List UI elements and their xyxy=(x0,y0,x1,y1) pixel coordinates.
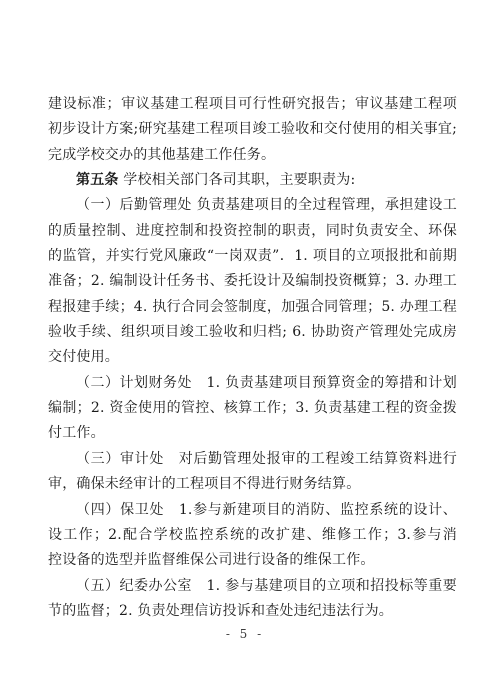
text-line: 控设备的选型并监督维保公司进行设备的维保工作。 xyxy=(48,548,457,573)
text-line: 编制；2. 资金使用的管控、核算工作；3. 负责基建工程的资金拨 xyxy=(48,396,457,421)
text-line: （三）审计处 对后勤管理处报审的工程竣工结算资料进行终 xyxy=(48,447,457,472)
text-line: 的质量控制、进度控制和投资控制的职责，同时负责安全、环保等 xyxy=(48,219,457,244)
paragraph: （二）计划财务处 1. 负责基建项目预算资金的筹措和计划的编制；2. 资金使用的… xyxy=(48,371,457,447)
paragraph: （五）纪委办公室 1. 参与基建项目的立项和招投标等重要环节的监督；2. 负责处… xyxy=(48,574,457,625)
paragraph: 建设标准；审议基建工程项目可行性研究报告；审议基建工程项目初步设计方案;研究基建… xyxy=(48,92,457,168)
text-line: 初步设计方案;研究基建工程项目竣工验收和交付使用的相关事宜; xyxy=(48,117,457,142)
page-number: - 5 - xyxy=(0,627,490,641)
text-line: 交付使用。 xyxy=(48,345,457,370)
paragraph: （三）审计处 对后勤管理处报审的工程竣工结算资料进行终审，确保未经审计的工程项目… xyxy=(48,447,457,498)
text-line: 第五条 学校相关部门各司其职，主要职责为: xyxy=(48,168,457,193)
text-line: 验收手续、组织项目竣工验收和归档; 6. 协助资产管理处完成房屋 xyxy=(48,320,457,345)
text-line: （五）纪委办公室 1. 参与基建项目的立项和招投标等重要环 xyxy=(48,574,457,599)
text-line: 审，确保未经审计的工程项目不得进行财务结算。 xyxy=(48,472,457,497)
text-block: 建设标准；审议基建工程项目可行性研究报告；审议基建工程项目初步设计方案;研究基建… xyxy=(48,92,457,624)
text-line: 完成学校交办的其他基建工作任务。 xyxy=(48,143,457,168)
paragraph: 第五条 学校相关部门各司其职，主要职责为: xyxy=(48,168,457,193)
paragraph: （四）保卫处 1.参与新建项目的消防、监控系统的设计、建设工作；2.配合学校监控… xyxy=(48,498,457,574)
document-page: 建设标准；审议基建工程项目可行性研究报告；审议基建工程项目初步设计方案;研究基建… xyxy=(0,0,490,698)
paragraph: （一）后勤管理处 负责基建项目的全过程管理，承担建设工程的质量控制、进度控制和投… xyxy=(48,193,457,370)
text-line: （二）计划财务处 1. 负责基建项目预算资金的筹措和计划的 xyxy=(48,371,457,396)
text-line: （四）保卫处 1.参与新建项目的消防、监控系统的设计、建 xyxy=(48,498,457,523)
text-line: （一）后勤管理处 负责基建项目的全过程管理，承担建设工程 xyxy=(48,193,457,218)
bold-term: 第五条 xyxy=(76,172,119,188)
text-line: 付工作。 xyxy=(48,421,457,446)
text-line: 建设标准；审议基建工程项目可行性研究报告；审议基建工程项目 xyxy=(48,92,457,117)
text-line: 程报建手续；4. 执行合同会签制度，加强合同管理；5. 办理工程 xyxy=(48,295,457,320)
text-line: 准备；2. 编制设计任务书、委托设计及编制投资概算；3. 办理工 xyxy=(48,269,457,294)
text-line: 设工作；2.配合学校监控系统的改扩建、维修工作；3.参与消防、监 xyxy=(48,523,457,548)
text-line: 节的监督；2. 负责处理信访投诉和查处违纪违法行为。 xyxy=(48,599,457,624)
text-line: 的监管，并实行党风廉政“一岗双责”．1. 项目的立项报批和前期 xyxy=(48,244,457,269)
